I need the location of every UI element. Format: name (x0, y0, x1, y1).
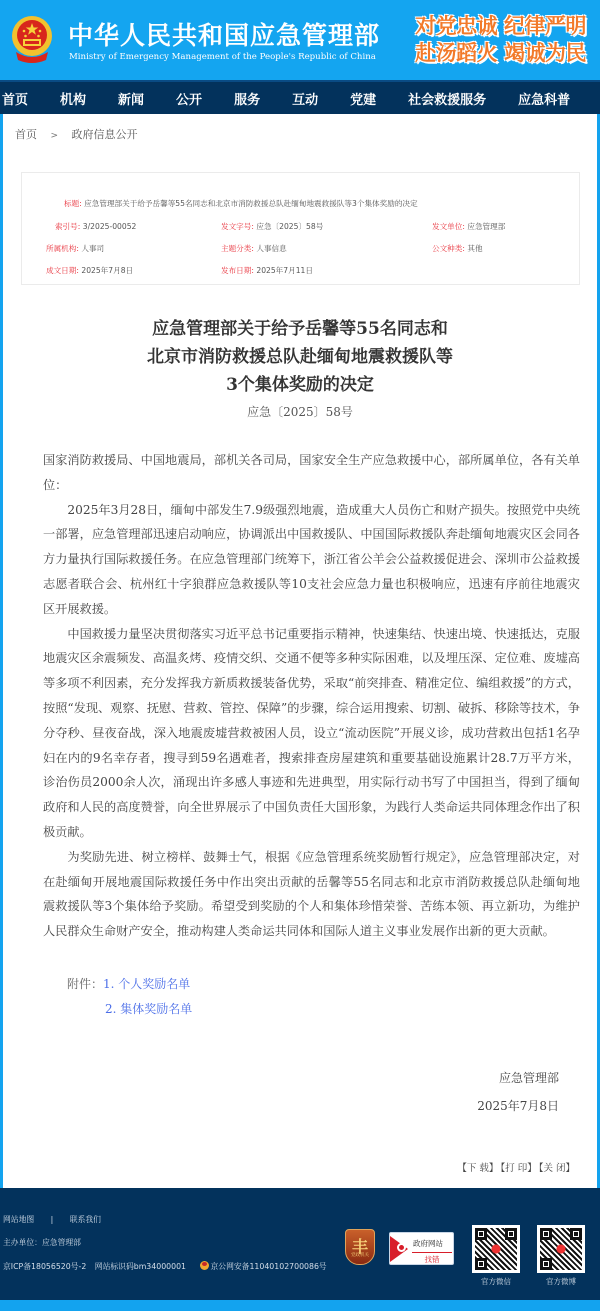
document-title-line-1: 应急管理部关于给予岳馨等55名同志和 (3, 315, 597, 343)
magnifier-icon (397, 1243, 406, 1252)
meta-published-value: 2025年7月11日 (256, 266, 313, 275)
nav-item-social-rescue[interactable]: 社会救援服务 (408, 89, 486, 108)
error-finder-line2: 找错 (412, 1252, 452, 1265)
gov-site-error-finder[interactable]: 政府网站 找错 (389, 1232, 454, 1265)
download-button[interactable]: 【下 载】 (457, 1163, 498, 1174)
party-gov-badge[interactable]: 丰 党政机关 (345, 1229, 375, 1265)
document-paragraph: 2025年3月28日，缅甸中部发生7.9级强烈地震，造成重大人员伤亡和财产损失。… (43, 498, 580, 622)
slogan: 对党忠诚 纪律严明 赴汤蹈火 竭诚为民 (406, 12, 586, 66)
close-button[interactable]: 【关 闭】 (539, 1163, 575, 1174)
meta-issuer-value: 应急管理部 (467, 222, 505, 231)
slogan-line-1: 对党忠诚 纪律严明 (406, 12, 586, 39)
attachment-link-individual[interactable]: 1. 个人奖励名单 (103, 972, 190, 997)
site-subtitle: Ministry of Emergency Management of the … (69, 52, 376, 62)
meta-written-date: 成文日期: 2025年7月8日 (46, 265, 133, 276)
print-button[interactable]: 【打 印】 (500, 1163, 536, 1174)
nav-item-news[interactable]: 新闻 (118, 89, 144, 108)
document-title-line-3: 3个集体奖励的决定 (3, 371, 597, 399)
attachment-row: 附件： 1. 个人奖励名单 (67, 972, 597, 997)
police-record-link[interactable]: 京公网安备11040102700086号 (210, 1262, 326, 1271)
main-content: 首页 > 政府信息公开 标题: 应急管理部关于给予岳馨等55名同志和北京市消防救… (3, 114, 597, 1188)
weibo-qr-code[interactable] (537, 1225, 585, 1273)
meta-type: 公文种类: 其他 (432, 243, 483, 254)
nav-item-disclosure[interactable]: 公开 (176, 89, 202, 108)
wechat-qr-code[interactable] (472, 1225, 520, 1273)
meta-topic-value: 人事信息 (256, 244, 286, 253)
document-title-line-2: 北京市消防救援总队赴缅甸地震救援队等 (3, 343, 597, 371)
wechat-label: 官方微信 (472, 1276, 520, 1287)
weibo-label: 官方微博 (537, 1276, 585, 1287)
footer-links: 网站地图 | 联系我们 (3, 1214, 101, 1225)
slogan-line-2: 赴汤蹈火 竭诚为民 (406, 39, 586, 66)
document-salutation: 国家消防救援局、中国地震局，部机关各司局，国家安全生产应急救援中心，部所属单位，… (43, 448, 580, 498)
meta-title-value: 应急管理部关于给予岳馨等55名同志和北京市消防救援总队赴缅甸地震救援队等3个集体… (84, 199, 417, 208)
attachment-link-collective[interactable]: 2. 集体奖励名单 (105, 997, 192, 1022)
document-body: 国家消防救援局、中国地震局，部机关各司局，国家安全生产应急救援中心，部所属单位，… (43, 448, 580, 944)
police-badge-icon (200, 1261, 209, 1270)
document-title: 应急管理部关于给予岳馨等55名同志和 北京市消防救援总队赴缅甸地震救援队等 3个… (3, 315, 597, 399)
signature-date: 2025年7月8日 (3, 1092, 559, 1120)
meta-topic: 主题分类: 人事信息 (221, 243, 287, 254)
document-paragraph: 中国救援力量坚决贯彻落实习近平总书记重要指示精神，快速集结、快速出境、快速抵达，… (43, 622, 580, 845)
error-finder-line1: 政府网站 (413, 1238, 443, 1249)
document-actions: 【下 载】【打 印】【关 闭】 (3, 1160, 597, 1180)
contact-link[interactable]: 联系我们 (70, 1215, 101, 1224)
meta-title: 标题: 应急管理部关于给予岳馨等55名同志和北京市消防救援总队赴缅甸地震救援队等… (64, 198, 418, 209)
footer-host: 主办单位：应急管理部 (3, 1237, 81, 1248)
meta-issuer-label: 发文单位: (432, 222, 465, 231)
breadcrumb: 首页 > 政府信息公开 (3, 114, 597, 162)
meta-written-label: 成文日期: (46, 266, 79, 275)
nav-item-party[interactable]: 党建 (350, 89, 376, 108)
meta-published-label: 发布日期: (221, 266, 254, 275)
nav-item-science[interactable]: 应急科普 (518, 89, 570, 108)
document-metadata: 标题: 应急管理部关于给予岳馨等55名同志和北京市消防救援总队赴缅甸地震救援队等… (21, 172, 580, 285)
meta-type-value: 其他 (467, 244, 482, 253)
nav-item-organization[interactable]: 机构 (60, 89, 86, 108)
meta-written-value: 2025年7月8日 (81, 266, 133, 275)
national-emblem-icon[interactable] (10, 14, 54, 66)
meta-dept-value: 人事司 (81, 244, 104, 253)
meta-index: 索引号: 3/2025-00052 (55, 221, 136, 232)
meta-issuer: 发文单位: 应急管理部 (432, 221, 505, 232)
qr-code-icon (475, 1228, 517, 1270)
meta-type-label: 公文种类: (432, 244, 465, 253)
meta-topic-label: 主题分类: (221, 244, 254, 253)
meta-dept: 所属机构: 人事司 (46, 243, 104, 254)
breadcrumb-gov-info[interactable]: 政府信息公开 (72, 128, 138, 141)
attachment-row: 2. 集体奖励名单 (67, 997, 597, 1022)
site-title[interactable]: 中华人民共和国应急管理部 (68, 16, 380, 52)
icp-link[interactable]: 京ICP备18056520号-2 (3, 1262, 86, 1271)
attachment-indent (67, 997, 105, 1022)
party-gov-badge-text: 党政机关 (346, 1252, 374, 1258)
meta-doc-no: 发文字号: 应急〔2025〕58号 (221, 221, 323, 232)
attachments: 附件： 1. 个人奖励名单 2. 集体奖励名单 (67, 972, 597, 1022)
site-footer: 网站地图 | 联系我们 主办单位：应急管理部 京ICP备18056520号-2 … (0, 1188, 600, 1300)
signature: 应急管理部 2025年7月8日 (3, 1064, 559, 1120)
meta-doc-no-value: 应急〔2025〕58号 (256, 222, 323, 231)
nav-item-home[interactable]: 首页 (2, 89, 28, 108)
meta-title-label: 标题: (64, 199, 82, 208)
main-nav: 首页 机构 新闻 公开 服务 互动 党建 社会救援服务 应急科普 (0, 80, 600, 114)
nav-item-interaction[interactable]: 互动 (292, 89, 318, 108)
breadcrumb-home[interactable]: 首页 (15, 128, 37, 141)
meta-index-label: 索引号: (55, 222, 80, 231)
meta-dept-label: 所属机构: (46, 244, 79, 253)
document-paragraph: 为奖励先进、树立榜样、鼓舞士气，根据《应急管理系统奖励暂行规定》，应急管理部决定… (43, 845, 580, 944)
sitemap-link[interactable]: 网站地图 (3, 1215, 34, 1224)
meta-doc-no-label: 发文字号: (221, 222, 254, 231)
signature-org: 应急管理部 (3, 1064, 559, 1092)
footer-divider: | (51, 1215, 54, 1224)
document-number: 应急〔2025〕58号 (3, 403, 597, 420)
footer-registration: 京ICP备18056520号-2 网站标识码bm34000001 京公网安备11… (3, 1261, 327, 1272)
qr-code-icon (540, 1228, 582, 1270)
site-header: 中华人民共和国应急管理部 Ministry of Emergency Manag… (0, 0, 600, 80)
attachments-label: 附件： (67, 972, 103, 997)
meta-index-value: 3/2025-00052 (83, 222, 137, 231)
breadcrumb-separator: > (51, 131, 59, 141)
meta-published-date: 发布日期: 2025年7月11日 (221, 265, 313, 276)
site-id: 网站标识码bm34000001 (95, 1262, 186, 1271)
nav-item-services[interactable]: 服务 (234, 89, 260, 108)
